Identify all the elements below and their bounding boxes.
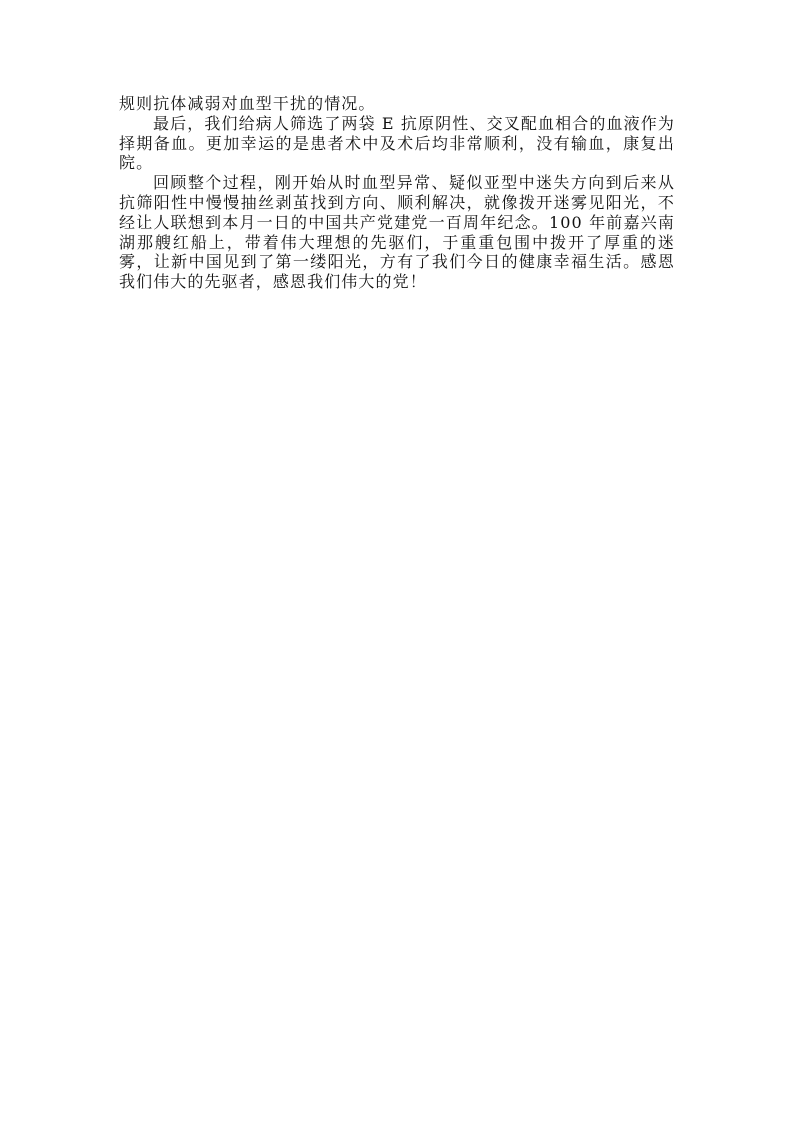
paragraph-blood-prep: 最后，我们给病人筛选了两袋 E 抗原阴性、交叉配血相合的血液作为择期备血。更加幸… [119,114,675,173]
paragraph-reflection: 回顾整个过程，刚开始从时血型异常、疑似亚型中迷失方向到后来从抗筛阳性中慢慢抽丝剥… [119,173,675,292]
document-page: 规则抗体减弱对血型干扰的情况。 最后，我们给病人筛选了两袋 E 抗原阴性、交叉配… [119,94,675,292]
paragraph-continuation: 规则抗体减弱对血型干扰的情况。 [119,94,675,114]
